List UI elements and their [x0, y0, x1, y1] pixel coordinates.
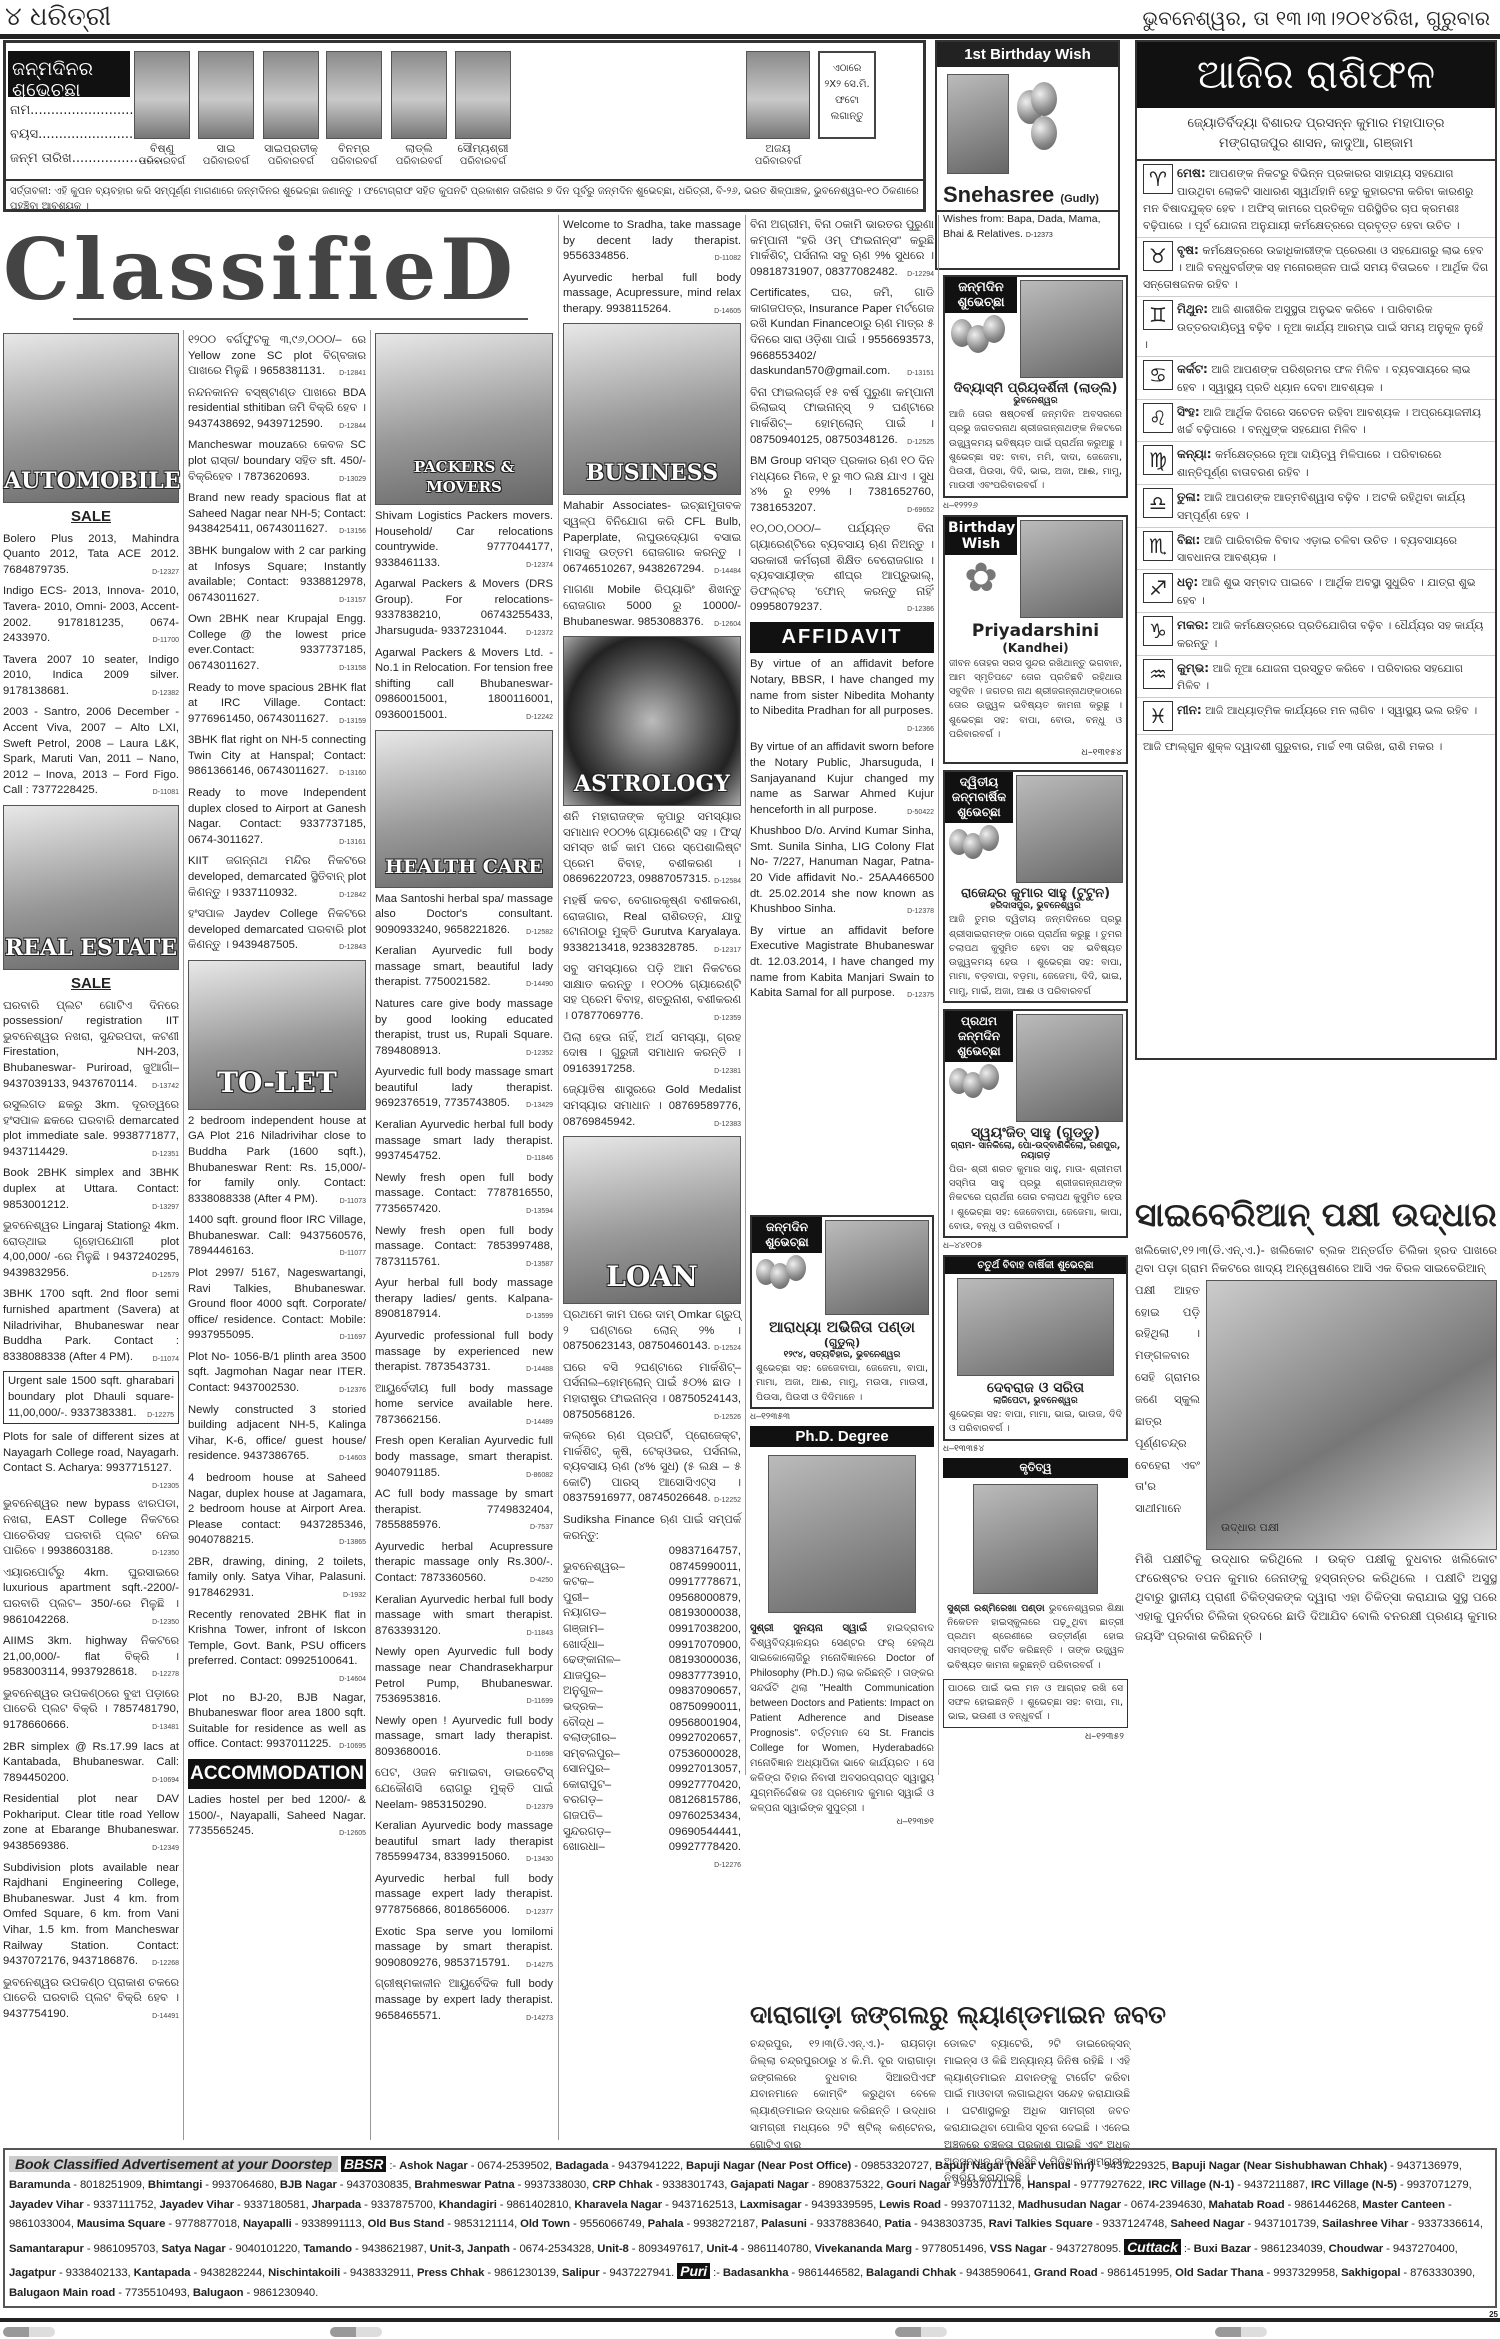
horoscope-entry: ♋କର୍କଟ: ଆଜି ଆପଣଙ୍କ ପରିଶ୍ରମର ଫଳ ମିଳିବ । ବ…	[1137, 357, 1495, 400]
classified-ad: ପିଲା ହେଉ ନାହିଁ, ଅର୍ଥ ସମସ୍ୟା, ଗ୍ରହ ଦୋଷ । …	[563, 1031, 741, 1078]
classified-ad: ପ୍ରଥମେ କାମ ପରେ ଦାମ୍ Omkar ଗ୍ରୁପ୍ ୨ ଘଣ୍ଟା…	[563, 1308, 741, 1355]
health-ads: Maa Santoshi herbal spa/ massage also Do…	[375, 892, 553, 2025]
classified-ad: ୧୦,୦୦,୦୦୦/– ପର୍ଯ୍ୟନ୍ତ ବିନା ଗ୍ୟାରେଣ୍ଟିରେ …	[750, 522, 934, 615]
birthday-wish-swayamjit: ପ୍ରଥମ ଜନ୍ମଦିନ ଶୁଭେଚ୍ଛା ସ୍ୱୟଂଜିତ୍ ସାହୁ (ଗ…	[943, 1009, 1128, 1238]
horoscope-entry: ♉ବୃଷ: କର୍ମକ୍ଷେତ୍ରରେ ଉଚ୍ଚାଧିକାରୀଙ୍କ ପ୍ରେର…	[1137, 238, 1495, 298]
first-birthday-wishes: Wishes from: Bapa, Dada, Mama, Bhai & Re…	[935, 210, 1120, 270]
classified-ad: Urgent sale 1500 sqft. gharabari boundar…	[3, 1371, 179, 1424]
registration-mark	[1215, 2327, 1267, 2337]
bbsr-label: BBSR	[341, 2156, 386, 2172]
ad-code: D-13297	[152, 1203, 179, 1213]
ad-code: D-12278	[152, 1670, 179, 1680]
classified-ad: Plot 2997/ 5167, Nageswartangi, Ravi Tal…	[188, 1266, 366, 1344]
classified-ad: Ayurvedic herbal full body massage, Acup…	[563, 271, 741, 318]
ad-code: D-11077	[340, 1249, 366, 1259]
ad-code: D-12386	[907, 605, 934, 615]
ad-code: D-12843	[339, 943, 366, 953]
birthday-wish-rajendra: ଦ୍ୱିତୀୟ ଜନ୍ମବାର୍ଷିକ ଶୁଭେଚ୍ଛା ରାଜେନ୍ଦ୍ର କ…	[943, 770, 1128, 1003]
affidavit-ads: By virtue of an affidavit before Notary,…	[750, 657, 934, 1001]
wish-header: 1st Birthday Wish	[937, 42, 1118, 67]
automobile-ads: Bolero Plus 2013, Mahindra Quanto 2012, …	[3, 532, 179, 799]
ad-code: D-11074	[153, 1355, 179, 1365]
classified-ad: Maa Santoshi herbal spa/ massage also Do…	[375, 892, 553, 939]
classified-ad: ମହର୍ଷି କବଚ, ବେଗାରକୃଷ୍ଣ ବଶୀକରଣ, ରୋଜଗାର, R…	[563, 894, 741, 956]
zodiac-sign-icon: ♋	[1143, 360, 1173, 390]
news-side-text: ପକ୍ଷୀ ଆହତ ହୋଇ ପଡ଼ି ରହିଥିଲା । ମଙ୍ଗଳବାର ସେ…	[1135, 1280, 1200, 1550]
district-phone-row: ଗଜପତି–09760253434,	[563, 1809, 741, 1825]
ad-code: D-13156	[339, 527, 366, 537]
child-image	[263, 51, 319, 139]
classified-ad: Bolero Plus 2013, Mahindra Quanto 2012, …	[3, 532, 179, 579]
ad-code: D-12377	[526, 1908, 553, 1918]
ad-code: D-14489	[526, 1418, 553, 1428]
packers-movers-banner: PACKERS & MOVERS	[375, 333, 553, 505]
ad-code: D-13430	[526, 1855, 553, 1865]
classified-ad: Mancheswar mouzaରେ କେବଳ SC plot ରାସ୍ତା/ …	[188, 438, 366, 485]
child-image	[455, 51, 511, 139]
ad-code: D-12375	[907, 991, 934, 1001]
ad-code: D-14605	[714, 307, 741, 317]
ad-code: D-13161	[339, 838, 366, 848]
astrology-ads: ଶନି ମହାରାଜଙ୍କ କୃପାରୁ ସମସ୍ୟାର ସମାଧାନ ୧୦୦%…	[563, 810, 741, 1130]
child-photo: ବିଷ୍ଣୁପରିବାରବର୍ଗ	[134, 51, 190, 167]
baby-name: Snehasree (Gudly)	[943, 182, 1099, 208]
ad-code: D-13594	[526, 1207, 553, 1217]
classified-logo: ClassifieD	[3, 220, 558, 320]
ad-code: D-14275	[526, 1961, 553, 1971]
ad-code: D-11081	[153, 788, 179, 798]
classified-ad: By virtue of an affidavit before Notary,…	[750, 657, 934, 734]
classified-ad: Plot no BJ-20, BJB Nagar, Bhubaneswar fl…	[188, 1691, 366, 1753]
first-birthday-wish: 1st Birthday Wish Snehasree (Gudly)	[935, 40, 1120, 212]
classified-ad: BM Group ସମସ୍ତ ପ୍ରକାର ଋଣ ୧୦ ଦିନ ମଧ୍ୟରେ ମ…	[750, 454, 934, 516]
district-phone-row: ଅନୁଗୁଳ–09837090657,	[563, 1684, 741, 1700]
classified-ad: 2003 - Santro, 2006 December - Accent Vi…	[3, 705, 179, 798]
panchang-note: ଆଜି ଫାଲ୍‌ଗୁନ ଶୁକ୍ଳ ଦ୍ୱାଦଶୀ ଗୁରୁବାର, ମାର୍…	[1137, 735, 1495, 758]
classified-ad: ଜ୍ୟୋତିଷ ଶାସ୍ତ୍ରରେ Gold Medalist ସମସ୍ୟାର …	[563, 1083, 741, 1130]
classified-ad: 3BHK flat right on NH-5 connecting Twin …	[188, 733, 366, 780]
classified-ad: Ayurvedic herbal full body massage exper…	[375, 1872, 553, 1919]
automobile-banner: AUTOMOBILE	[3, 333, 179, 503]
zodiac-sign-icon: ♉	[1143, 241, 1173, 271]
column-finance-affidavit: ବିନା ଅଗ୍ରୀମ, ବିନା ଠକାମି ଭାରତର ପୁରୁଣା କମ୍…	[750, 218, 934, 1008]
classified-ad: ହଂସପାଳ Jaydev College ନିକଟରେ developed d…	[188, 907, 366, 954]
classified-ad: 2BR, drawing, dining, 2 toilets, family …	[188, 1555, 366, 1602]
zodiac-sign-icon: ♍	[1143, 445, 1173, 475]
baby-photo	[947, 74, 1009, 174]
achievement-wish: କୃତିତ୍ୱ ସୁଶ୍ରୀ ରଶ୍ମିରେଖା ପଣ୍ଡା ଭୁବନେଶ୍ୱର…	[943, 1458, 1128, 1746]
classified-ad: Ayurvedic full body massage smart beauti…	[375, 1065, 553, 1112]
child-photo: ସାଇପରିବାରବର୍ଗ	[198, 51, 254, 167]
ad-code: D-12842	[339, 891, 366, 901]
ad-code: D-12327	[152, 568, 179, 578]
ad-code: D-14484	[714, 567, 741, 577]
classified-ad: Shivam Logistics Packers movers. Househo…	[375, 509, 553, 571]
ad-code: D-12524	[714, 1344, 741, 1354]
child-photo	[1020, 280, 1123, 378]
child-photo: ସାଇପ୍ରତୀକ୍ପରିବାରବର୍ଗ	[263, 51, 319, 167]
birthday-coupon: ଜନ୍ମଦିନର ଶୁଭେଚ୍ଛା ନାମ...................…	[3, 40, 926, 212]
ad-code: D-86082	[526, 1471, 553, 1481]
child-photo: ବିନମ୍ରପରିବାରବର୍ଗ	[326, 51, 382, 167]
classified-ad: Khushboo D/o. Arvind Kumar Sinha, Smt. S…	[750, 824, 934, 917]
ad-code: D-7537	[530, 1523, 553, 1533]
ad-code: D-13865	[339, 1538, 366, 1548]
ad-code: D-13029	[339, 475, 366, 485]
balloons-icon	[945, 313, 1017, 373]
ad-code: D-12841	[339, 369, 366, 379]
district-phone-row: ପୁରୀ–09568000879,	[563, 1591, 741, 1607]
coupon-title: ଜନ୍ମଦିନର ଶୁଭେଚ୍ଛା	[8, 51, 130, 97]
classified-ad: Natures care give body massage by good l…	[375, 997, 553, 1059]
classified-ad: Certificates, ଘର, ଜମି, ଗାଡି କାଗଜପତ୍ର, In…	[750, 286, 934, 379]
classified-ad: Ayur herbal full body massage therapy la…	[375, 1276, 553, 1323]
to-let-banner: TO-LET	[188, 960, 366, 1110]
district-phone-row: ଗଞ୍ଜାମ–09917038200,	[563, 1622, 741, 1638]
zodiac-sign-icon: ♊	[1143, 300, 1173, 330]
ad-code: D-12275	[147, 1411, 174, 1421]
bird-photo: ଉଦ୍ଧାର ପକ୍ଷୀ	[1206, 1280, 1497, 1550]
horoscope-entry: ♒କୁମ୍ଭ: ଆଜି ନୂଆ ଯୋଜନା ପ୍ରସ୍ତୁତ କରିବେ । ପ…	[1137, 656, 1495, 699]
ad-code: D-11846	[527, 1154, 553, 1164]
ad-code: D-12584	[714, 877, 741, 887]
affidavit-heading: AFFIDAVIT	[750, 622, 934, 654]
classified-ad: Keralian Ayurvedic body massage beautifu…	[375, 1819, 553, 1866]
news-headline: ସାଇବେରିଆନ୍ ପକ୍ଷୀ ଉଦ୍ଧାର	[1135, 1195, 1497, 1235]
page-number: 25	[1489, 2310, 1498, 2319]
balloons-icon	[945, 823, 1013, 873]
news-intro: ଖଲିକୋଟ,୧୨।୩(ଡି.ଏନ୍.ଏ.)- ଖଲିକୋଟ ବ୍ଲକ ଅନ୍ତ…	[1135, 1241, 1497, 1278]
classified-ad: ଗ୍ରୀଷ୍ମକାଳୀନ ଆୟୁର୍ବେଦିକ full body massag…	[375, 1977, 553, 2024]
photo-placeholder: ଏଠାରେ ୨X୨ ସେ.ମି. ଫଟୋ ଲଗାନ୍ତୁ	[818, 51, 876, 139]
zodiac-sign-icon: ♈	[1143, 164, 1173, 194]
classified-ad: Book 2BHK simplex and 3BHK duplex at Utt…	[3, 1166, 179, 1213]
classified-ad: ଭୁବନେଶ୍ୱର new bypass ଝାରପଡା, ନଖରା, EAST …	[3, 1497, 179, 1559]
classified-ad: Exotic Spa serve you lomilomi massage by…	[375, 1925, 553, 1972]
classified-ad: Newly fresh open full body massage. Cont…	[375, 1171, 553, 1218]
ad-code: D-1932	[343, 1591, 366, 1601]
ad-code: D-13157	[339, 596, 366, 606]
classified-ad: ପେଟ, ଓଜନ କମାଇବା, ଡାଇବେଟିସ୍ ଯେକୌଣସି ରୋଗରୁ…	[375, 1766, 553, 1813]
classified-ad: Keralian Ayurvedic herbal full body mass…	[375, 1118, 553, 1165]
ad-code: D-14488	[526, 1365, 553, 1375]
loan-banner: LOAN	[563, 1136, 741, 1304]
district-phone-row: ନୟାଗଡ–08193000038,	[563, 1606, 741, 1622]
classified-ad: Newly open ! Ayurvedic full body massage…	[375, 1714, 553, 1761]
classified-ad: By virtue of an affidavit sworn before t…	[750, 740, 934, 818]
horoscope-list: ♈ମେଷ: ଆପଣଙ୍କ ନିକଟରୁ ବିଭିନ୍ନ ପ୍ରକାରର ସାହା…	[1137, 161, 1495, 735]
business-banner: BUSINESS	[563, 323, 741, 495]
ad-code: D-12350	[152, 1618, 179, 1628]
accommodation-ads: Ladies hostel per bed 1200/- & 1500/-, N…	[188, 1793, 366, 1840]
ad-code: D-14604	[339, 1675, 366, 1685]
ad-code: D-12525	[907, 438, 934, 448]
classified-ad: Mahabir Associates- ଇଚ୍ଛାମୁତାବକ ସ୍ୱଳ୍ପ ବ…	[563, 499, 741, 577]
ad-code: D-13742	[152, 1082, 179, 1092]
classified-ad: 3BHK 1700 sqft. 2nd floor semi furnished…	[3, 1287, 179, 1365]
ad-code: D-12294	[907, 270, 934, 280]
classified-ad: ୧୨୦୦ ବର୍ଗଫୁଟକୁ ୩,୯୬,୦୦୦/– ରେ Yellow zone…	[188, 333, 366, 380]
ad-code: D-12317	[714, 946, 741, 956]
zodiac-sign-icon: ♏	[1143, 531, 1173, 561]
ad-code: D-12605	[339, 1829, 366, 1839]
child-image	[326, 51, 382, 139]
child-photo: ଅଜୟପରିବାରବର୍ଗ	[746, 51, 810, 167]
ad-code: D-50422	[907, 808, 934, 818]
classified-ad: Own 2BHK near Krupajal Engg. College @ t…	[188, 612, 366, 674]
classified-ad: Recently renovated 2BHK flat in Krishna …	[188, 1608, 366, 1685]
ad-code: D-13481	[152, 1723, 179, 1733]
flower-icon: ✿	[945, 555, 1017, 601]
cuttack-label: Cuttack	[1124, 2239, 1181, 2255]
phd-heading: Ph.D. Degree	[750, 1426, 934, 1447]
ad-code: D-14603	[339, 1454, 366, 1464]
classified-ad: ବିନା ଅଗ୍ରୀମ, ବିନା ଠକାମି ଭାରତର ପୁରୁଣା କମ୍…	[750, 218, 934, 280]
ad-code: D-11082	[715, 254, 741, 264]
classified-ad: Welcome to Sradha, take massage by decen…	[563, 218, 741, 265]
classified-ad: Ladies hostel per bed 1200/- & 1500/-, N…	[188, 1793, 366, 1840]
district-phone-row: ଖୋର୍ଦ୍ଧା–09917070900,	[563, 1638, 741, 1654]
district-phone-row: ଭଦ୍ରକ–08750990011,	[563, 1700, 741, 1716]
child-photo: ସୌମ୍ୟଶ୍ରୀପରିବାରବର୍ଗ	[455, 51, 511, 167]
balloons-icon	[945, 1062, 1013, 1112]
bottom-rule	[0, 2318, 1500, 2322]
classified-ad: Indigo ECS- 2013, Innova- 2010, Tavera- …	[3, 584, 179, 646]
ad-code: D-12350	[152, 1549, 179, 1559]
horoscope-section: ଆଜିର ରାଶିଫଳ ଜ୍ୟୋତିର୍ବିଦ୍ୟା ବିଶାରଦ ପ୍ରସନ୍…	[1135, 40, 1497, 1060]
horoscope-entry: ♈ମେଷ: ଆପଣଙ୍କ ନିକଟରୁ ବିଭିନ୍ନ ପ୍ରକାରର ସାହା…	[1137, 161, 1495, 238]
ad-code: D-12366	[907, 725, 934, 735]
ad-code: D-11697	[340, 1333, 366, 1343]
student-photo	[973, 1484, 1098, 1594]
child-photo	[1016, 1014, 1123, 1122]
classified-ad: ଆୟୁର୍ବେଦୀୟ full body massage home servic…	[375, 1382, 553, 1429]
name-field: ନାମ.............................	[10, 103, 150, 118]
classified-ad: Ayurvedic professional full body massage…	[375, 1329, 553, 1376]
ad-code: D-11699	[527, 1697, 553, 1707]
district-phone-row: କୋରାପୁଟ–09927770420,	[563, 1778, 741, 1794]
horoscope-title: ଆଜିର ରାଶିଫଳ	[1137, 42, 1495, 108]
zodiac-sign-icon: ♐	[1143, 573, 1173, 603]
horoscope-entry: ♐ଧନୁ: ଆଜି ଶୁଭ ସମ୍ବାଦ ପାଇବେ । ଆର୍ଥିକ ଅବସ୍…	[1137, 570, 1495, 613]
ad-code: D-12378	[907, 907, 934, 917]
classified-ad: ମାଗଣା Mobile ରିପ୍ୟାରିଂ ଶିଖନ୍ତୁ ରୋଜଗାର 50…	[563, 583, 741, 630]
zodiac-sign-icon: ♓	[1143, 701, 1173, 731]
ad-code: D-12844	[339, 422, 366, 432]
ad-code: D-11698	[527, 1750, 553, 1760]
ad-code: D-12376	[339, 1386, 366, 1396]
health-care-banner: HEALTH CARE	[375, 730, 553, 888]
classified-ad: 4 bedroom house at Saheed Nagar, duplex …	[188, 1471, 366, 1549]
classified-ad: Newly open Ayurvedic full body massage n…	[375, 1645, 553, 1707]
district-phone-row: ସୋନପୁର–09927013057,	[563, 1762, 741, 1778]
ad-code: D-12381	[714, 1067, 741, 1077]
classified-ad: 1400 sqft. ground floor IRC Village, Bhu…	[188, 1213, 366, 1260]
ad-code: D-13159	[339, 717, 366, 727]
classified-ad: Newly constructed 3 storied building adj…	[188, 1403, 366, 1465]
column-packers-health: PACKERS & MOVERS Shivam Logistics Packer…	[375, 333, 553, 2030]
horoscope-entry: ♑ମକର: ଆଜି କର୍ମକ୍ଷେତ୍ରରେ ପ୍ରତିଯୋଗିତା ବଢ଼ି…	[1137, 613, 1495, 656]
horoscope-entry: ♍କନ୍ୟା: କର୍ମକ୍ଷେତ୍ରରେ ନୂଆ ଦାୟିତ୍ୱ ମିଳିପା…	[1137, 442, 1495, 485]
zodiac-sign-icon: ♌	[1143, 403, 1173, 433]
child-image	[746, 51, 810, 139]
finance-ads: ବିନା ଅଗ୍ରୀମ, ବିନା ଠକାମି ଭାରତର ପୁରୁଣା କମ୍…	[750, 218, 934, 616]
district-phone-row: ଖୋରଧା–09927778420.	[563, 1840, 741, 1856]
ad-code: D-12383	[714, 1120, 741, 1130]
classified-ad: ଭୁବନେଶ୍ୱର Lingaraj Stationରୁ 4km. ରୋଡ୍‌ଥ…	[3, 1219, 179, 1281]
classified-ad: ଘରବାରି ପ୍ଲଟ ଗୋଟିଏ ଦିନରେ possession/ regi…	[3, 999, 179, 1092]
child-photo	[1016, 775, 1123, 883]
accommodation-heading: ACCOMMODATION	[188, 1759, 366, 1789]
ad-code: D-13151	[907, 369, 934, 379]
ad-code: D-12242	[526, 713, 553, 723]
classified-ad: Agarwal Packers & Movers (DRS Group). Fo…	[375, 577, 553, 639]
coupon-terms: ସର୍ତ୍ତାବଳୀ: ଏହି କୁପନ ବ୍ୟବହାର କରି ସମ୍ପୂର୍…	[6, 179, 923, 217]
birthday-wish-divyasmi: ଜନ୍ମଦିନ ଶୁଭେଚ୍ଛା ଦିବ୍ୟାସ୍ମି ପ୍ରିୟଦର୍ଶିନୀ…	[943, 275, 1128, 498]
ad-code: D-12349	[152, 1844, 179, 1854]
ad-code: D-12579	[152, 1271, 179, 1281]
astrologer-byline: ଜ୍ୟୋତିର୍ବିଦ୍ୟା ବିଶାରଦ ପ୍ରସନ୍ନ କୁମାର ମହାପ…	[1137, 108, 1495, 161]
ad-code: D-12374	[526, 561, 553, 571]
horoscope-entry: ♏ବିଛା: ଆଜି ପାରିବାରିକ ବିବାଦ ଏଡ଼ାଇ ଚଳିବା ଉ…	[1137, 528, 1495, 571]
classified-ad: Residential plot near DAV Pokhariput. Cl…	[3, 1792, 179, 1854]
ad-code: D-12252	[714, 1496, 741, 1506]
dateline: ଭୁବନେଶ୍ୱର, ତା ୧୩।୩।୨୦୧୪ରିଖ, ଗୁରୁବାର	[1142, 6, 1490, 30]
person-photo	[1020, 520, 1123, 618]
classified-ad: ଘରେ ବସି ୨ଘଣ୍ଟାରେ ମାର୍କଶିଟ୍– ପର୍ସନାଲ–ହୋମ୍…	[563, 1361, 741, 1423]
ad-code: D-10694	[152, 1776, 179, 1786]
horoscope-entry: ♊ମିଥୁନ: ଆଜି ଶାରୀରିକ ଅସୁସ୍ଥତା ଅନୁଭବ କରିବେ…	[1137, 297, 1495, 357]
classified-ad: Plots for sale of different sizes at Nay…	[3, 1430, 179, 1491]
classified-ad: Keralian Ayurvedic herbal full body mass…	[375, 1593, 553, 1640]
classified-ad: Keralian Ayurvedic full body massage sma…	[375, 944, 553, 991]
classified-ad: AC full body massage by smart therapist.…	[375, 1487, 553, 1534]
ad-code: D-12526	[714, 1413, 741, 1423]
classified-ad: ରସୁଲଗଡ ଛକରୁ 3km. ଦୂରତ୍ୱରେ ହଂସପାଳ ଛକରେ ଘର…	[3, 1098, 179, 1160]
ad-code: D-14273	[526, 2014, 553, 2024]
district-phone-row: ବରଗଡ଼–08126815786,	[563, 1793, 741, 1809]
district-phone-row: କଟକ–09917778671,	[563, 1575, 741, 1591]
real-estate-ads: ୧୨୦୦ ବର୍ଗଫୁଟକୁ ୩,୯୬,୦୦୦/– ରେ Yellow zone…	[188, 333, 366, 954]
classified-ad: ସବୁ ସମସ୍ୟାରେ ପଡ଼ି ଆମ ନିକଟରେ ସାକ୍ଷାତ କରନ୍…	[563, 962, 741, 1024]
ad-code: D-13160	[339, 769, 366, 779]
ad-code: D-11700	[153, 636, 179, 646]
horoscope-entry: ♎ତୁଳା: ଆଜି ଆପଣଙ୍କ ଆତ୍ମବିଶ୍ୱାସ ବଢ଼ିବ । ଅଟ…	[1137, 485, 1495, 528]
classified-ad: Brand new ready spacious flat at Saheed …	[188, 491, 366, 538]
news-body: ମିଶି ପକ୍ଷୀଟିକୁ ଉଦ୍ଧାର କରିଥିଲେ । ଉକ୍ତ ପକ୍…	[1135, 1550, 1497, 1646]
ad-code: D-11843	[527, 1629, 553, 1639]
horoscope-entry: ♓ମୀନ: ଆଜି ଆଧ୍ୟାତ୍ମିକ କାର୍ଯ୍ୟରେ ମନ ଲାଗିବ …	[1137, 698, 1495, 735]
classified-ad: Tavera 2007 10 seater, Indigo 2010, Indi…	[3, 653, 179, 700]
loan-ads: ପ୍ରଥମେ କାମ ପରେ ଦାମ୍ Omkar ଗ୍ରୁପ୍ ୨ ଘଣ୍ଟା…	[563, 1308, 741, 1507]
top-rule	[0, 34, 1500, 39]
classified-ad: Newly fresh open full body massage. Cont…	[375, 1224, 553, 1271]
child-image	[198, 51, 254, 139]
couple-photo	[957, 1278, 1114, 1376]
registration-mark	[330, 2327, 382, 2337]
anniversary-wish: ଚତୁର୍ଥ ବିବାହ ବାର୍ଷିକୀ ଶୁଭେଚ୍ଛା ଦେବରାଜ ଓ …	[943, 1255, 1128, 1441]
ad-code: D-12382	[152, 689, 179, 699]
classified-ad: ବିନା ଫାଇଲଚାର୍ଜ ୧୫ ବର୍ଷ ପୁରୁଣା କମ୍ପାନୀ ରି…	[750, 386, 934, 448]
birthday-wish-aradhya: ଜନ୍ମଦିନ ଶୁଭେଚ୍ଛା ଆରାଧ୍ୟା ଅଭିଜିତା ପଣ୍ଡା (…	[750, 1215, 934, 1409]
balloons-icon	[752, 1253, 822, 1303]
ad-code: D-12379	[526, 1803, 553, 1813]
classified-ad: Fresh open Keralian Ayurvedic full body …	[375, 1434, 553, 1481]
ad-code: D-11073	[340, 1197, 366, 1207]
siberian-bird-news: ସାଇବେରିଆନ୍ ପକ୍ଷୀ ଉଦ୍ଧାର ଖଲିକୋଟ,୧୨।୩(ଡି.ଏ…	[1135, 1195, 1497, 1646]
classified-ad: 3BHK bungalow with 2 car parking at Info…	[188, 544, 366, 606]
astrology-banner: ASTROLOGY	[563, 636, 741, 806]
birthday-wish-priyadarshini: Birthday Wish ✿ Priyadarshini (Kandhei) …	[943, 515, 1128, 765]
sudiksha-finance-ad: Sudiksha Finance ଋଣ ପାଇଁ ସମ୍ପର୍କ କରନ୍ତୁ:…	[563, 1513, 741, 1856]
ad-code: D-14491	[152, 2012, 179, 2022]
business-ads: Mahabir Associates- ଇଚ୍ଛାମୁତାବକ ସ୍ୱଳ୍ପ ବ…	[563, 499, 741, 630]
phd-photo	[768, 1455, 916, 1613]
registration-mark	[3, 2327, 55, 2337]
news-headline: ଦାରାଗାଡ଼ା ଜଙ୍ଗଲରୁ ଲ୍ୟାଣ୍ଡମାଇନ ଜବତ	[750, 2000, 1130, 2030]
classified-ad: 2BR simplex @ Rs.17.99 lacs at Kantabada…	[3, 1740, 179, 1787]
ad-code: D-13429	[526, 1101, 553, 1111]
ad-code: D-12359	[714, 1014, 741, 1024]
ad-code: D-69652	[907, 506, 934, 516]
child-photo	[825, 1220, 929, 1315]
puri-label: Puri	[677, 2263, 710, 2279]
classified-ad: Agarwal Packers & Movers Ltd. - No.1 in …	[375, 646, 553, 724]
sale-heading: SALE	[3, 974, 179, 995]
massage-ads: Welcome to Sradha, take massage by decen…	[563, 218, 741, 317]
classified-ad: KIIT ଜଗନ୍ନାଥ ମନ୍ଦିର ନିକଟରେ developed, de…	[188, 854, 366, 901]
classified-ad: ଶନି ମହାରାଜଙ୍କ କୃପାରୁ ସମସ୍ୟାର ସମାଧାନ ୧୦୦%…	[563, 810, 741, 888]
ad-code: D-12305	[152, 1482, 179, 1492]
district-phone-row: ଢେଙ୍କାନାଳ–08193000036,	[563, 1653, 741, 1669]
ad-code: D-13599	[526, 1312, 553, 1322]
district-phone-row: ବୌଦ୍ଧ –09568001904,	[563, 1716, 741, 1732]
real-estate-banner: REAL ESTATE	[3, 805, 179, 970]
sale-heading: SALE	[3, 507, 179, 528]
ad-code: D-14490	[526, 980, 553, 990]
ad-code: D-4250	[530, 1576, 553, 1586]
district-phone-row: ସମ୍ବଲପୁର–07536000028,	[563, 1747, 741, 1763]
classified-ad: ଭୁବନେଶ୍ୱର ଉପକଣ୍ଠ ପ୍ରାକାଶ ଚକରେ ପାଚେରି ଘରବ…	[3, 1976, 179, 2023]
district-phone-row: ଯାଜପୁର–09837773910,	[563, 1669, 741, 1685]
registration-mark	[895, 2327, 947, 2337]
classified-ad: କଲ୍‌ରେ ଋଣ ପ୍ରପର୍ଟି, ପ୍ରୋଜେକ୍ଟ, ମାର୍କଶିଟ୍…	[563, 1429, 741, 1507]
ad-code: D-10695	[339, 1742, 366, 1752]
real-estate-ads: ଘରବାରି ପ୍ଲଟ ଗୋଟିଏ ଦିନରେ possession/ regi…	[3, 999, 179, 2023]
ad-code: D-13158	[339, 664, 366, 674]
child-image	[134, 51, 190, 139]
ad-code: D-12352	[526, 1049, 553, 1059]
classified-ad: By virtue an affidavit before Executive …	[750, 924, 934, 1002]
ad-code: D-12351	[152, 1150, 179, 1160]
classified-ad: 2 bedroom independent house at GA Plot 2…	[188, 1114, 366, 1207]
district-phone-row: ଭୁବନେଶ୍ୱର–08745990011,	[563, 1560, 741, 1576]
classified-ad: Plot No- 1056-B/1 plinth area 3500 sqft.…	[188, 1350, 366, 1397]
classified-ad: Ready to move Independent duplex closed …	[188, 786, 366, 848]
classified-ad: ଏୟାରପୋର୍ଟରୁ 4km. ଘୁରସାଇରେ luxurious apar…	[3, 1566, 179, 1628]
classified-ad: Subdivision plots available near Rajdhan…	[3, 1861, 179, 1970]
classified-ad: ଭୁବନେଶ୍ୱର ଉପକଣ୍ଠରେ ବୁଝା ପଡ଼ାରେ ପାଚେରି ପ୍…	[3, 1687, 179, 1734]
classified-ad: AIIMS 3km. highway ନିକଟରେ 21,00,000/- fl…	[3, 1634, 179, 1681]
packers-ads: Shivam Logistics Packers movers. Househo…	[375, 509, 553, 724]
child-image	[391, 51, 447, 139]
ad-code: D-13587	[526, 1260, 553, 1270]
wishes-column: ଜନ୍ମଦିନ ଶୁଭେଚ୍ଛା ଦିବ୍ୟାସ୍ମି ପ୍ରିୟଦର୍ଶିନୀ…	[943, 275, 1128, 1752]
booking-centres: Book Classified Advertisement at your Do…	[3, 2148, 1497, 2308]
classified-ad: Ayurvedic herbal Acupressure therapic ma…	[375, 1540, 553, 1587]
horoscope-entry: ♌ସିଂହ: ଆଜି ଆର୍ଥିକ ଦିଗରେ ସଚେତନ ରହିବା ଆବଶ୍…	[1137, 400, 1495, 443]
age-field: ବୟସ............................	[10, 127, 154, 142]
